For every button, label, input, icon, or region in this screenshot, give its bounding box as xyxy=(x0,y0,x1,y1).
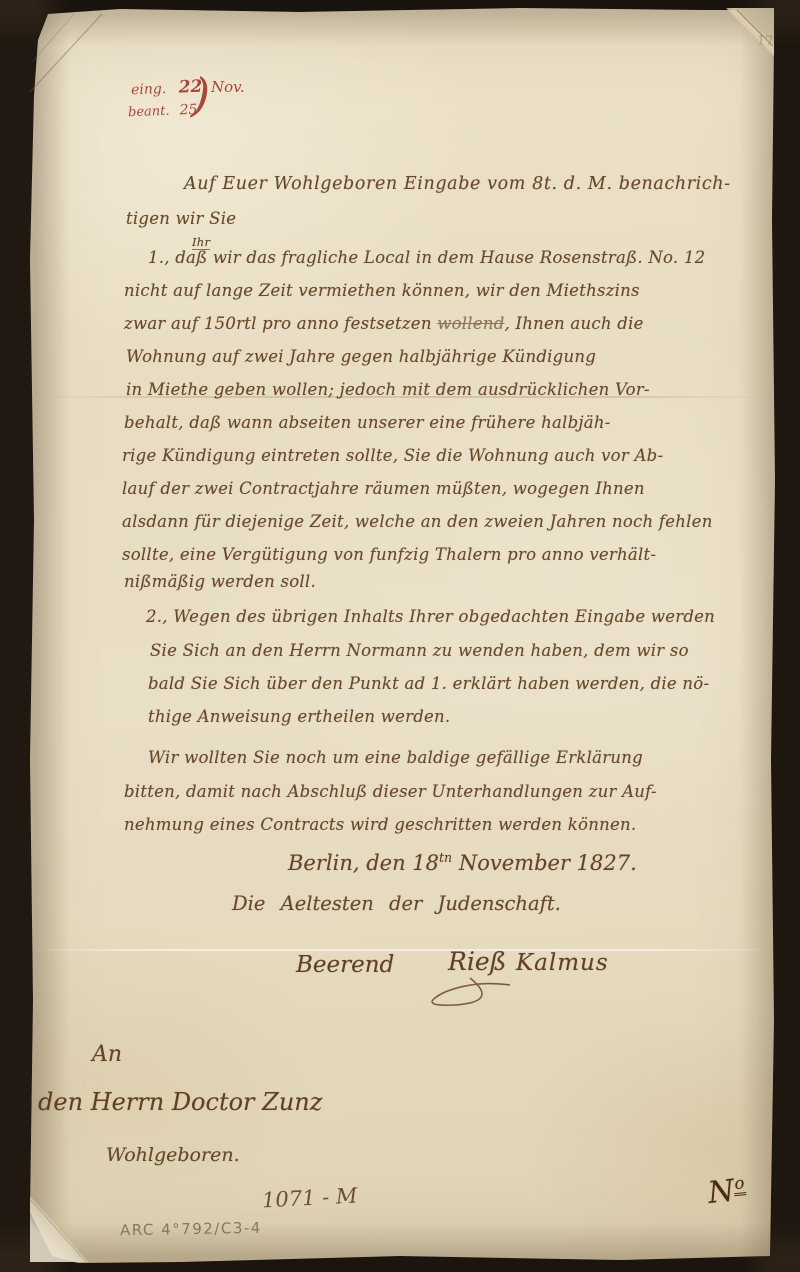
item1-line-3: zwar auf 150rtl pro anno festsetzen woll… xyxy=(124,314,644,333)
scanned-letter-page: { "palette": { "background": "#0a0706", … xyxy=(0,0,800,1272)
closing-line-1: Wir wollten Sie noch um eine baldige gef… xyxy=(148,748,643,767)
item2-line-1: 2., Wegen des übrigen Inhalts Ihrer obge… xyxy=(146,607,715,626)
item1-line-10: sollte, eine Vergütigung von funfzig Tha… xyxy=(122,545,656,564)
item1-line-1-text: 1., daß wir das fragliche Local in dem H… xyxy=(148,248,705,267)
signature-kalmus: Kalmus xyxy=(516,950,609,976)
received-label: eing. xyxy=(131,81,167,98)
item2-line-2: Sie Sich an den Herrn Normann zu wenden … xyxy=(150,641,689,660)
item1-line-1: 1., daß wir das fragliche Local in dem H… xyxy=(148,248,705,267)
dateline-superscript: tn xyxy=(439,850,452,865)
dateline: Berlin, den 18tn November 1827. xyxy=(288,850,637,875)
closing-line-3: nehmung eines Contracts wird geschritten… xyxy=(124,815,636,834)
corner-mark-o: o xyxy=(732,1173,746,1196)
item1-line-11: nißmäßig werden soll. xyxy=(124,572,316,591)
address-honorific: Wohlgeboren. xyxy=(106,1144,240,1166)
item1-line-4: Wohnung auf zwei Jahre gegen halbjährige… xyxy=(126,347,596,366)
inventory-number: 1071 - M xyxy=(261,1184,358,1213)
item2-line-3: bald Sie Sich über den Punkt ad 1. erklä… xyxy=(148,674,709,693)
interlinear-insertion: Ihr xyxy=(192,235,210,250)
item1-line-3-pre: zwar auf 150rtl pro anno festsetzen xyxy=(124,314,437,333)
item1-line-9: alsdann für diejenige Zeit, welche an de… xyxy=(122,512,713,531)
dateline-post: November 1827. xyxy=(452,851,637,875)
registry-month: Nov. xyxy=(211,78,245,96)
item1-line-7: rige Kündigung eintreten sollte, Sie die… xyxy=(122,446,663,465)
fold-crease-lower xyxy=(34,949,770,951)
dateline-pre: Berlin, den 18 xyxy=(288,851,439,875)
item1-line-8: lauf der zwei Contractjahre räumen müßte… xyxy=(122,479,645,498)
closing-line-2: bitten, damit nach Abschluß dieser Unter… xyxy=(124,782,657,801)
address-recipient: den Herrn Doctor Zunz xyxy=(38,1088,322,1116)
archive-signature: ARC 4°792/C3-4 xyxy=(120,1219,262,1239)
opening-line-2: tigen wir Sie xyxy=(126,209,236,228)
corner-number-mark: No xyxy=(706,1172,748,1211)
item1-line-2: nicht auf lange Zeit vermiethen können, … xyxy=(124,281,640,300)
sender-line: Die Aeltesten der Judenschaft. xyxy=(232,892,561,915)
item1-line-3-post: , Ihnen auch die xyxy=(505,314,644,333)
signature-riess: Rieß xyxy=(448,947,506,976)
corner-mark-n: N xyxy=(706,1173,736,1211)
item1-line-5: in Miethe geben wollen; jedoch mit dem a… xyxy=(126,380,650,399)
answered-label: beant. xyxy=(128,104,170,120)
registry-answered-line: beant. 25 xyxy=(128,102,198,120)
item1-line-6: behalt, daß wann abseiten unserer eine f… xyxy=(124,413,611,432)
struck-word: wollend xyxy=(437,314,504,333)
address-an: An xyxy=(92,1042,122,1067)
folio-number: 17 xyxy=(757,34,774,49)
item2-line-4: thige Anweisung ertheilen werden. xyxy=(148,707,450,726)
signature-beerend: Beerend xyxy=(296,952,394,978)
opening-line-1: Auf Euer Wohlgeboren Eingabe vom 8t. d. … xyxy=(184,174,731,194)
registry-brace: ) xyxy=(191,68,212,123)
